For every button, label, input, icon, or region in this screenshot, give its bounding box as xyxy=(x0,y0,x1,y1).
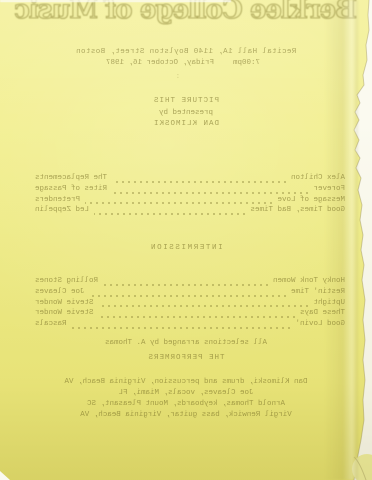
song-title: Restin' Time xyxy=(291,287,345,298)
dotted-leader xyxy=(72,322,291,330)
event-time: 7:00pm xyxy=(233,58,260,69)
program-row: Alex Chilton The Replacements xyxy=(35,173,345,184)
scanned-program-page: Berklee College of Music Recital Hall 1A… xyxy=(0,0,372,480)
program-content: Berklee College of Music Recital Hall 1A… xyxy=(0,0,372,480)
program-row: Uptight Stevie Wonder xyxy=(35,298,345,309)
performers-heading: THE PERFORMERS xyxy=(0,353,372,364)
artist-name: Rascals xyxy=(35,319,67,330)
song-title: Good Lovin' xyxy=(295,319,345,330)
artist-name: Pretenders xyxy=(35,195,80,206)
scan-top-edge xyxy=(0,0,231,2)
presenter-name: DAN KLIMOSKI xyxy=(0,119,372,131)
intermission-label: INTERMISSION xyxy=(0,243,372,254)
torn-paper-edge xyxy=(350,0,372,480)
dotted-leader xyxy=(99,300,309,308)
dotted-leader xyxy=(94,208,245,216)
artist-name: Rites of Passage xyxy=(35,184,107,195)
program-row: Message of Love Pretenders xyxy=(35,195,345,206)
song-title: These Days xyxy=(300,308,345,319)
show-title: PICTURE THIS xyxy=(0,96,372,108)
dotted-leader xyxy=(85,197,272,205)
program-section-2: Honky Tonk Women Rolling Stones Restin' … xyxy=(35,276,345,330)
dotted-leader xyxy=(112,187,308,195)
song-title: Good Times, Bad Times xyxy=(250,205,345,216)
college-title: Berklee College of Music xyxy=(0,5,372,16)
performer-line: Joe Cleaves, vocals, Miami, FL xyxy=(0,388,372,399)
bleed-through-mirrored-layer: Berklee College of Music Recital Hall 1A… xyxy=(0,0,372,480)
artist-name: The Replacements xyxy=(35,173,107,184)
program-row: These Days Stevie Wonder xyxy=(35,308,345,319)
arranger-credit-line: All selections arranged by A. Thomas xyxy=(0,338,372,349)
song-title: Alex Chilton xyxy=(291,173,345,184)
artist-name: Led Zeppelin xyxy=(35,205,89,216)
program-section-1: Alex Chilton The Replacements Forever Ri… xyxy=(35,173,345,216)
performer-line: Dan Klimoski, drums and percussion, Virg… xyxy=(0,377,372,388)
presented-by-label: presented by xyxy=(0,108,372,120)
dotted-leader xyxy=(99,311,295,319)
song-title: Forever xyxy=(313,184,345,195)
performer-line: Arnold Thomas, keyboards, Mount Pleasant… xyxy=(0,399,372,410)
dotted-leader xyxy=(112,176,286,184)
program-row: Restin' Time Joe Cleaves xyxy=(35,287,345,298)
song-title: Message of Love xyxy=(277,195,345,206)
dotted-leader xyxy=(90,290,286,298)
performers-list: Dan Klimoski, drums and percussion, Virg… xyxy=(0,377,372,421)
venue-address-line: Recital Hall 1A, 1140 Boylston Street, B… xyxy=(0,47,372,58)
artist-name: Stevie Wonder xyxy=(35,298,94,309)
program-row: Forever Rites of Passage xyxy=(35,184,345,195)
program-row: Good Lovin' Rascals xyxy=(35,319,345,330)
bottom-left-corner-notch xyxy=(0,471,10,480)
dotted-leader xyxy=(103,279,268,287)
program-row: Good Times, Bad Times Led Zeppelin xyxy=(35,205,345,216)
performer-line: Virgil Renwick, bass guitar, Virginia Be… xyxy=(0,410,372,421)
ink-speck: : xyxy=(176,72,180,83)
title-block: PICTURE THIS presented by DAN KLIMOSKI xyxy=(0,96,372,131)
song-title: Uptight xyxy=(313,298,345,309)
artist-name: Joe Cleaves xyxy=(35,287,85,298)
program-row: Honky Tonk Women Rolling Stones xyxy=(35,276,345,287)
event-date: Friday, October 16, 1987 xyxy=(106,58,214,69)
artist-name: Stevie Wonder xyxy=(35,308,94,319)
artist-name: Rolling Stones xyxy=(35,276,98,287)
song-title: Honky Tonk Women xyxy=(273,276,345,287)
date-time-line: 7:00pm Friday, October 16, 1987 xyxy=(0,58,372,69)
